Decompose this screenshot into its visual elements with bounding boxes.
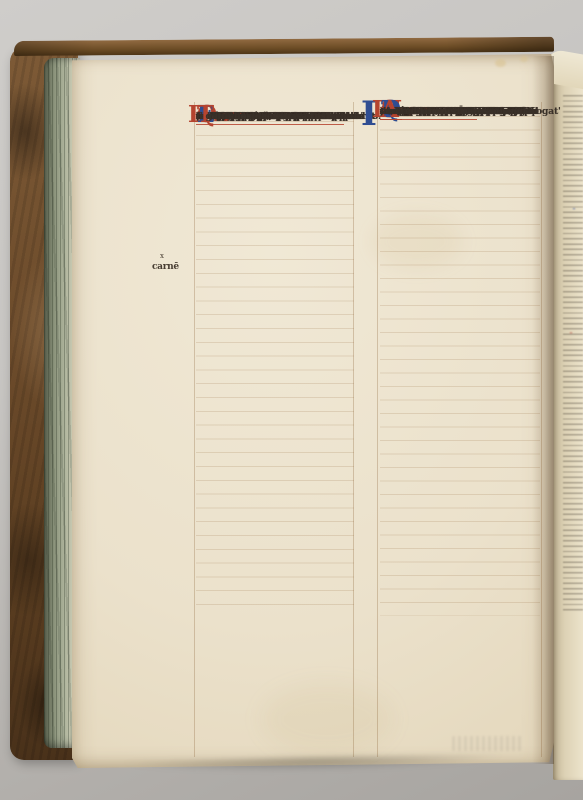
ruling-band-right: [380, 116, 540, 616]
body-text: suo·redd' q' dīs; pates ā' su' d' rogat': [380, 105, 561, 119]
margin-note-mark: x: [160, 252, 164, 260]
margin-note: carnē: [152, 262, 192, 272]
page-stain: [262, 684, 392, 754]
photo-stage: x carnē effugiā ma'uräs·Meli' Q ui ēsalt…: [0, 0, 583, 800]
ruling-line-vertical: [541, 102, 542, 757]
page-stain: [520, 56, 528, 62]
page-stain: [495, 59, 506, 67]
ruling-line-vertical: [194, 102, 195, 757]
book-top-edge: [14, 37, 554, 56]
ruling-band-left: [196, 121, 354, 607]
facing-page-text-edge: [563, 95, 583, 612]
body-text: u g' fili hos; fac ē uasa tn̄s': [196, 110, 328, 124]
embossed-stamp: [452, 736, 524, 751]
ruling-line-vertical: [377, 102, 378, 757]
